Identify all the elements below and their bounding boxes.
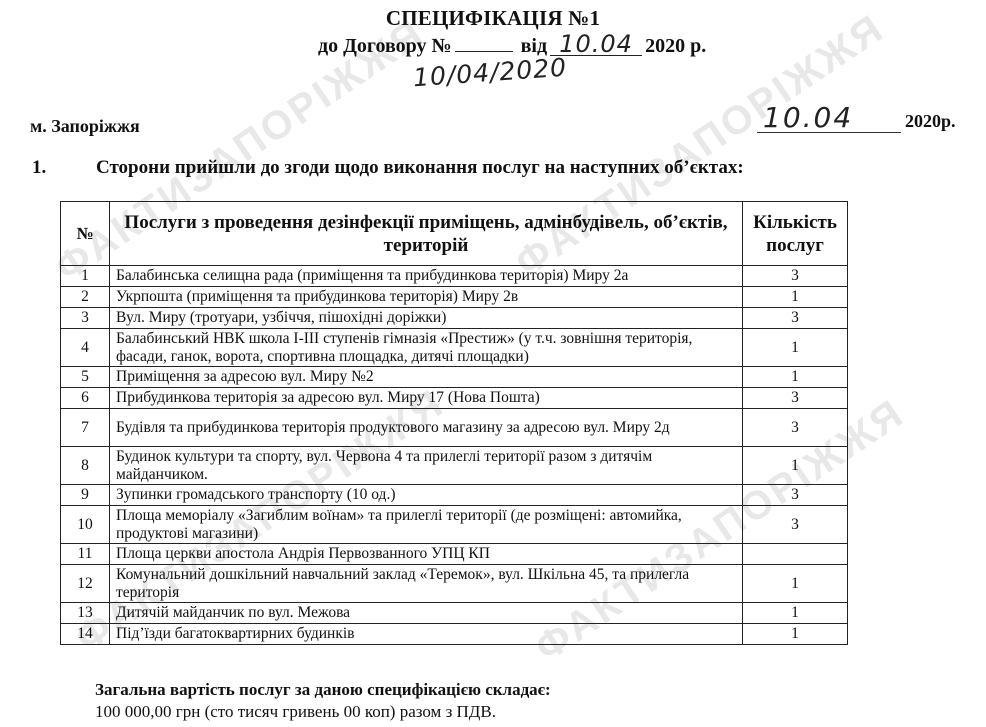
row-quantity: 1 — [743, 447, 848, 485]
table-row: 5Приміщення за адресою вул. Миру №21 — [61, 367, 848, 388]
section-number: 1. — [32, 157, 96, 179]
row-service: Зупинки громадського транспорту (10 од.) — [110, 485, 743, 506]
contract-number-blank — [455, 35, 513, 52]
table-row: 12Комунальний дошкільний навчальний закл… — [61, 565, 848, 603]
contract-prefix: до Договору № — [318, 35, 452, 57]
row-quantity: 1 — [743, 624, 848, 645]
row-quantity — [743, 544, 848, 565]
year-suffix: 2020р. — [905, 111, 956, 131]
handwritten-date: 10.04 — [757, 104, 901, 133]
row-quantity: 1 — [743, 329, 848, 367]
row-quantity: 3 — [743, 485, 848, 506]
row-number: 5 — [61, 367, 110, 388]
row-service: Балабинський НВК школа І-ІІІ ступенів гі… — [110, 329, 743, 367]
row-number: 11 — [61, 544, 110, 565]
row-number: 13 — [61, 603, 110, 624]
table-row: 9Зупинки громадського транспорту (10 од.… — [61, 485, 848, 506]
document-date: 10.042020р. — [757, 104, 956, 133]
row-service: Комунальний дошкільний навчальний заклад… — [110, 565, 743, 603]
row-quantity: 1 — [743, 367, 848, 388]
row-number: 8 — [61, 447, 110, 485]
row-service: Під’їзди багатоквартирних будинків — [110, 624, 743, 645]
row-service: Приміщення за адресою вул. Миру №2 — [110, 367, 743, 388]
table-row: 8Будинок культури та спорту, вул. Червон… — [61, 447, 848, 485]
row-quantity: 1 — [743, 287, 848, 308]
row-number: 7 — [61, 409, 110, 447]
table-row: 10Площа меморіалу «Загиблим воїнам» та п… — [61, 506, 848, 544]
table-body: 1Балабинська селищна рада (приміщення та… — [61, 266, 848, 645]
row-service: Балабинська селищна рада (приміщення та … — [110, 266, 743, 287]
column-header-number: № — [61, 202, 110, 266]
table-row: 2Укрпошта (приміщення та прибудинкова те… — [61, 287, 848, 308]
row-service: Вул. Миру (тротуари, узбіччя, пішохідні … — [110, 308, 743, 329]
city: м. Запоріжжя — [30, 116, 140, 137]
row-number: 3 — [61, 308, 110, 329]
row-quantity: 3 — [743, 308, 848, 329]
row-service: Будинок культури та спорту, вул. Червона… — [110, 447, 743, 485]
row-number: 2 — [61, 287, 110, 308]
row-number: 9 — [61, 485, 110, 506]
services-table: № Послуги з проведення дезінфекції примі… — [60, 201, 848, 645]
year-suffix: 2020 р. — [645, 35, 706, 57]
row-service: Укрпошта (приміщення та прибудинкова тер… — [110, 287, 743, 308]
table-row: 14Під’їзди багатоквартирних будинків1 — [61, 624, 848, 645]
table-row: 6Прибудинкова територія за адресою вул. … — [61, 388, 848, 409]
table-row: 11Площа церкви апостола Андрія Первозван… — [61, 544, 848, 565]
row-number: 1 — [61, 266, 110, 287]
total-label: Загальна вартість послуг за даною специф… — [95, 680, 551, 700]
row-number: 4 — [61, 329, 110, 367]
row-service: Площа церкви апостола Андрія Первозванно… — [110, 544, 743, 565]
total-value: 100 000,00 грн (сто тисяч гривень 00 коп… — [95, 702, 496, 722]
row-number: 12 — [61, 565, 110, 603]
row-number: 14 — [61, 624, 110, 645]
column-header-service: Послуги з проведення дезінфекції приміще… — [110, 202, 743, 266]
column-header-quantity: Кількість послуг — [743, 202, 848, 266]
row-quantity: 1 — [743, 603, 848, 624]
table-row: 3Вул. Миру (тротуари, узбіччя, пішохідні… — [61, 308, 848, 329]
row-quantity: 3 — [743, 266, 848, 287]
section-text: Сторони прийшли до згоди щодо виконання … — [96, 157, 744, 178]
row-quantity: 1 — [743, 565, 848, 603]
table-row: 13Дитячій майданчик по вул. Межова1 — [61, 603, 848, 624]
table-row: 7Будівля та прибудинкова територія проду… — [61, 409, 848, 447]
table-row: 4Балабинський НВК школа І-ІІІ ступенів г… — [61, 329, 848, 367]
row-service: Будівля та прибудинкова територія продук… — [110, 409, 743, 447]
row-number: 10 — [61, 506, 110, 544]
table-row: 1Балабинська селищна рада (приміщення та… — [61, 266, 848, 287]
row-quantity: 3 — [743, 506, 848, 544]
row-service: Прибудинкова територія за адресою вул. М… — [110, 388, 743, 409]
handwritten-full-date: 10/04/2020 — [412, 53, 568, 93]
document-title: СПЕЦИФІКАЦІЯ №1 — [0, 6, 986, 31]
section-heading: 1.Сторони прийшли до згоди щодо виконанн… — [32, 157, 744, 179]
row-service: Дитячій майданчик по вул. Межова — [110, 603, 743, 624]
contract-reference: до Договору № від10.042020 р. — [318, 33, 706, 58]
row-quantity: 3 — [743, 409, 848, 447]
row-quantity: 3 — [743, 388, 848, 409]
row-number: 6 — [61, 388, 110, 409]
row-service: Площа меморіалу «Загиблим воїнам» та при… — [110, 506, 743, 544]
table-header-row: № Послуги з проведення дезінфекції примі… — [61, 202, 848, 266]
